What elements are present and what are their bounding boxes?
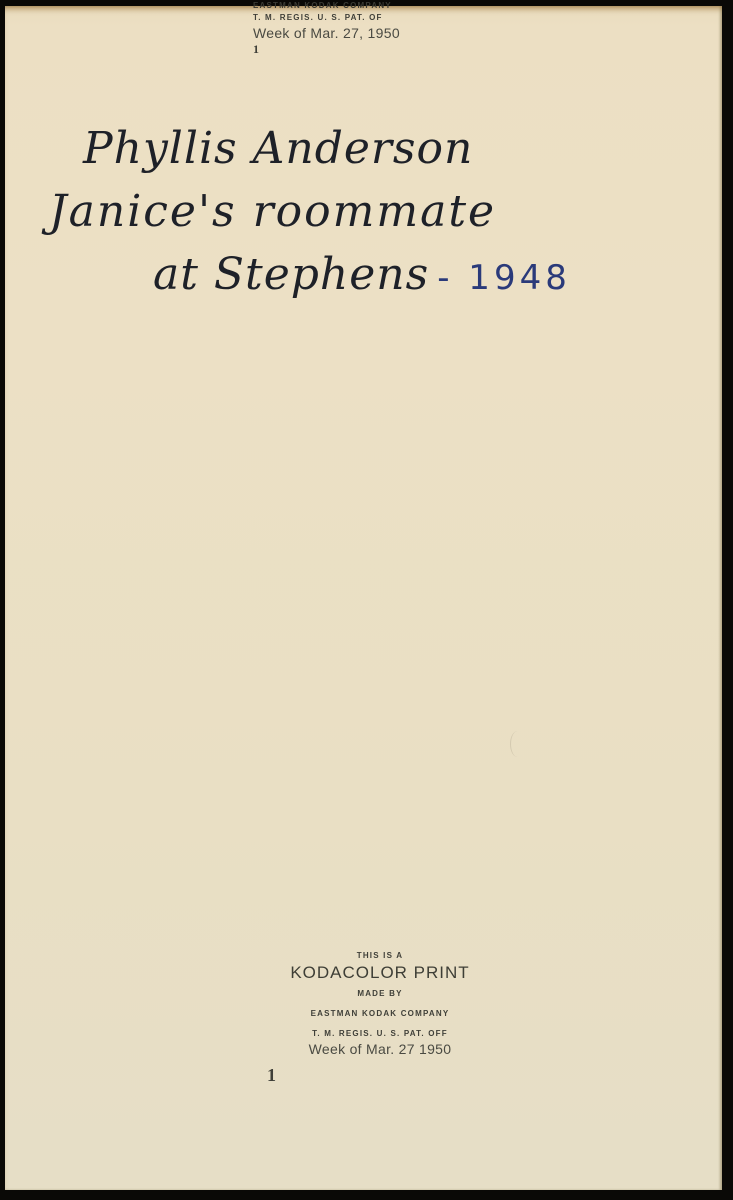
- stamp-number: 1: [253, 42, 468, 56]
- stamp-made-by: MADE BY: [251, 988, 509, 1000]
- stamp-trademark: T. M. REGIS. U. S. PAT. OF: [253, 12, 468, 24]
- stamp-this-is-a: THIS IS A: [251, 950, 509, 962]
- paper-smudge: [510, 731, 525, 757]
- stamp-number: 1: [267, 1064, 509, 1086]
- stamp-week: Week of Mar. 27 1950: [251, 1040, 509, 1058]
- bottom-kodak-stamp: THIS IS A KODACOLOR PRINT MADE BY EASTMA…: [251, 950, 509, 1086]
- stamp-company: EASTMAN KODAK COMPANY: [251, 1008, 509, 1020]
- stamp-trademark: T. M. REGIS. U. S. PAT. OFF: [251, 1028, 509, 1040]
- stamp-company-cut: EASTMAN KODAK COMPANY: [253, 0, 468, 12]
- handwritten-year: - 1948: [437, 258, 571, 298]
- stamp-week: Week of Mar. 27, 1950: [253, 24, 468, 42]
- handwritten-place: at Stephens- 1948: [153, 244, 571, 309]
- top-kodak-stamp: EASTMAN KODAK COMPANY T. M. REGIS. U. S.…: [253, 0, 468, 56]
- photo-back-card: EASTMAN KODAK COMPANY T. M. REGIS. U. S.…: [5, 6, 722, 1190]
- handwritten-relation: Janice's roommate: [49, 181, 496, 243]
- handwritten-place-text: at Stephens: [153, 249, 429, 300]
- handwritten-name: Phyllis Anderson: [83, 118, 473, 180]
- stamp-kodacolor-print: KODACOLOR PRINT: [251, 962, 509, 984]
